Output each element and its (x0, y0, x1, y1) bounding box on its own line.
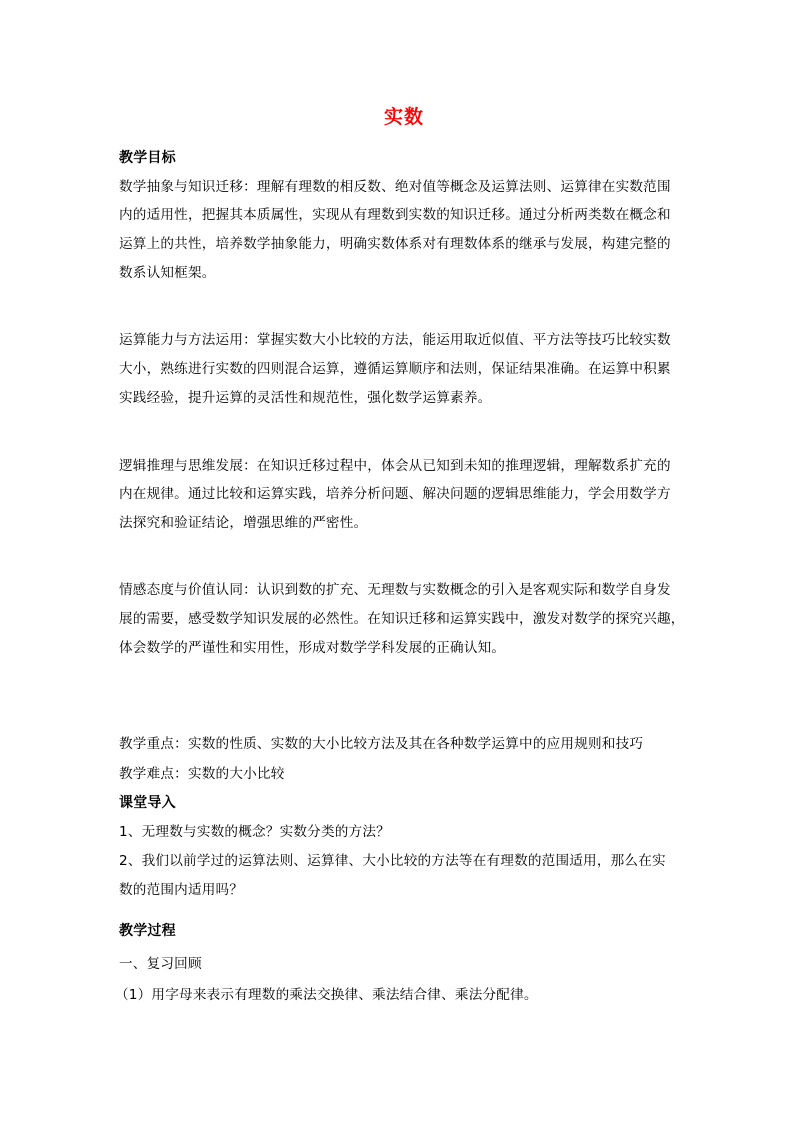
objective-4-line-3: 体会数学的严谨性和实用性，形成对数学学科发展的正确认知。 (119, 638, 505, 658)
objective-2-line-1: 运算能力与方法运用：掌握实数大小比较的方法，能运用取近似值、平方法等技巧比较实数 (119, 330, 671, 350)
document-title: 实数 (119, 104, 689, 130)
process-subheading: 一、复习回顾 (119, 954, 202, 974)
process-heading: 教学过程 (119, 921, 176, 941)
objective-1-line-4: 数系认知框架。 (119, 263, 216, 283)
key-point: 教学重点：实数的性质、实数的大小比较方法及其在各种数学运算中的应用规则和技巧 (119, 734, 643, 754)
objective-3-line-1: 逻辑推理与思维发展：在知识迁移过程中，体会从已知到未知的推理逻辑，理解数系扩充的 (119, 456, 671, 476)
objectives-heading: 教学目标 (119, 148, 176, 168)
objective-4-line-2: 展的需要，感受数学知识发展的必然性。在知识迁移和运算实践中，激发对数学的探究兴趣… (119, 609, 685, 629)
difficult-point: 教学难点：实数的大小比较 (119, 764, 285, 784)
objective-1-line-1: 数学抽象与知识迁移：理解有理数的相反数、绝对值等概念及运算法则、运算律在实数范围 (119, 177, 671, 197)
introduction-question-1: 1、无理数与实数的概念？实数分类的方法？ (119, 822, 390, 842)
introduction-heading: 课堂导入 (119, 793, 176, 813)
objective-1-line-3: 运算上的共性，培养数学抽象能力，明确实数体系对有理数体系的继承与发展，构建完整的 (119, 234, 671, 254)
objective-2-line-3: 实践经验，提升运算的灵活性和规范性，强化数学运算素养。 (119, 388, 491, 408)
objective-3-line-3: 法探究和验证结论，增强思维的严密性。 (119, 513, 367, 533)
introduction-question-2-line-2: 数的范围内适用吗？ (119, 880, 243, 900)
objective-1-line-2: 内的适用性，把握其本质属性，实现从有理数到实数的知识迁移。通过分析两类数在概念和 (119, 205, 671, 225)
introduction-question-2-line-1: 2、我们以前学过的运算法则、运算律、大小比较的方法等在有理数的范围适用，那么在实 (119, 851, 666, 871)
process-item-1: （1）用字母来表示有理数的乘法交换律、乘法结合律、乘法分配律。 (115, 985, 538, 1005)
objective-2-line-2: 大小，熟练进行实数的四则混合运算，遵循运算顺序和法则，保证结果准确。在运算中积累 (119, 359, 671, 379)
objective-4-line-1: 情感态度与价值认同：认识到数的扩充、无理数与实数概念的引入是客观实际和数学自身发 (119, 580, 671, 600)
objective-3-line-2: 内在规律。通过比较和运算实践，培养分析问题、解决问题的逻辑思维能力，学会用数学方 (119, 484, 671, 504)
